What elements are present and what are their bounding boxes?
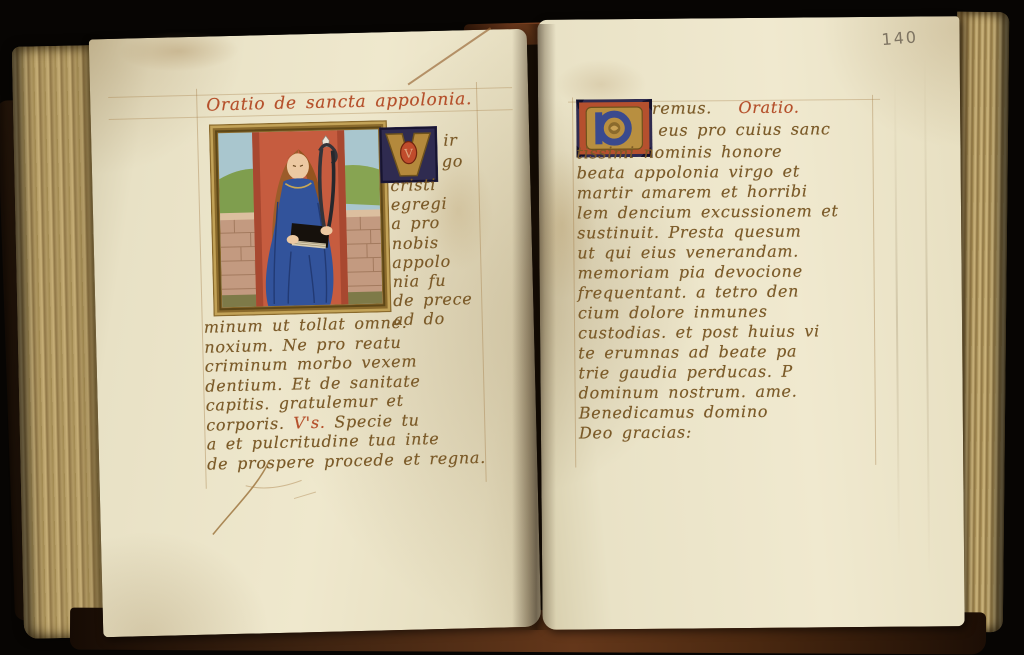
versus-rubric: V's. [293,412,326,432]
side-line: de prece [393,289,473,310]
oremus-line: Oremus. Oratio. [638,98,800,119]
left-body-text: minum ut tollat omne. noxium. Ne pro rea… [204,311,487,474]
text-line: Deo gracias: [579,421,841,443]
descender-flourish [205,458,337,541]
initial-letter-label: V [403,147,413,161]
side-line: ir [443,130,458,150]
text-line: memoriam pia devocione [577,261,839,283]
miniature-scene [218,129,382,307]
gutter-shadow [512,24,556,630]
open-manuscript-book: Oratio de sancta appolonia. [0,0,1024,655]
first-text-line: eus pro cuius sanc [658,119,830,140]
text-line: sustinuit. Presta quesum [577,221,839,243]
side-line: egregi [391,193,471,214]
text-line: custodias. et post huius vi [578,321,840,343]
pen-flourish [408,27,491,85]
ruling-line [196,89,207,489]
text-line: ut qui eius venerandam. [577,241,839,263]
side-line: cristi [390,174,470,195]
text-line: dominum nostrum. ame. [579,381,841,403]
text-line: te erumnas ad beate pa [578,341,840,363]
page-crease [924,56,931,576]
side-text-column: cristi egregi a pro nobis appolo nia fu … [390,174,473,330]
text-segment: corporis. [206,413,285,434]
right-body-text: tissimi nominis honore beata appolonia v… [576,141,840,443]
right-page: 140 Oremus. Oratio. eus pro cuius sanc t… [537,16,964,630]
folio-number: 140 [881,27,919,49]
ruling-line [872,95,876,465]
text-line: tissimi nominis honore [576,141,838,163]
text-line: lem dencium excussionem et [577,201,839,223]
page-crease [894,77,900,557]
text-line: cium dolore inmunes [578,301,840,323]
side-line: a pro [391,213,471,234]
side-line: appolo [392,251,472,272]
text-line: beata appolonia virgo et [577,161,839,183]
miniature-saint-apollonia [209,120,392,316]
side-line: go [442,151,464,171]
left-page-heading: Oratio de sancta appolonia. [206,90,472,116]
parchment-stain [119,30,240,73]
blue-letter-stem [595,112,602,144]
text-segment: Specie tu [334,410,420,431]
left-page: Oratio de sancta appolonia. [89,29,541,638]
side-line: nia fu [393,270,473,291]
text-line: trie gaudia perducas. P [578,361,840,383]
oratio-rubric: Oratio. [738,98,799,118]
side-line: nobis [392,232,472,253]
text-line: frequentant. a tetro den [578,281,840,303]
text-line: martir amarem et horribi [577,181,839,203]
text-line: Benedicamus domino [579,401,841,423]
